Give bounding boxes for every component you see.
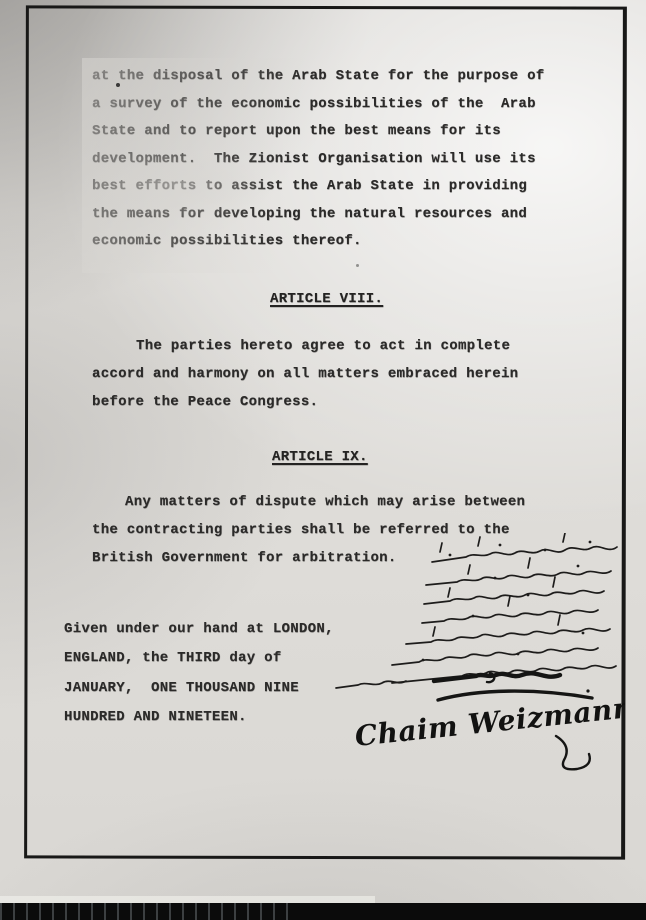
weizmann-signature: Chaim Weizmann (350, 684, 625, 776)
typed-line: at the disposal of the Arab State for th… (92, 63, 544, 91)
typed-line: Given under our hand at LONDON, (64, 615, 334, 644)
handwritten-arabic-caveat (328, 533, 625, 695)
typed-line: the means for developing the natural res… (92, 201, 544, 229)
scan-speck (116, 83, 120, 87)
typed-line: a survey of the economic possibilities o… (92, 91, 544, 119)
signature-name-text: Chaim Weizmann (353, 691, 625, 753)
scan-light-strip (0, 896, 375, 903)
typed-line: Any matters of dispute which may arise b… (92, 488, 525, 516)
scan-edge-stripes (0, 903, 297, 920)
typed-line: HUNDRED AND NINETEEN. (64, 703, 334, 732)
article-viii-heading: ARTICLE VIII. (270, 291, 383, 307)
scan-speck (356, 264, 359, 267)
scan-edge-band (0, 903, 646, 920)
body-paragraph-top: at the disposal of the Arab State for th… (92, 63, 544, 256)
typed-line: State and to report upon the best means … (92, 118, 544, 146)
typed-line: best efforts to assist the Arab State in… (92, 173, 544, 201)
article-ix-heading: ARTICLE IX. (272, 449, 368, 465)
typed-line: The parties hereto agree to act in compl… (92, 332, 518, 360)
closing-date-block: Given under our hand at LONDON, ENGLAND,… (64, 615, 334, 733)
typed-line: economic possibilities thereof. (92, 228, 544, 256)
typed-line: ENGLAND, the THIRD day of (64, 644, 334, 673)
typed-line: development. The Zionist Organisation wi… (92, 146, 544, 174)
typed-line: JANUARY, ONE THOUSAND NINE (64, 674, 334, 703)
scanned-document-page: at the disposal of the Arab State for th… (0, 0, 646, 920)
article-viii-paragraph: The parties hereto agree to act in compl… (92, 332, 518, 417)
typed-line: before the Peace Congress. (92, 388, 518, 416)
typed-line: accord and harmony on all matters embrac… (92, 360, 518, 388)
